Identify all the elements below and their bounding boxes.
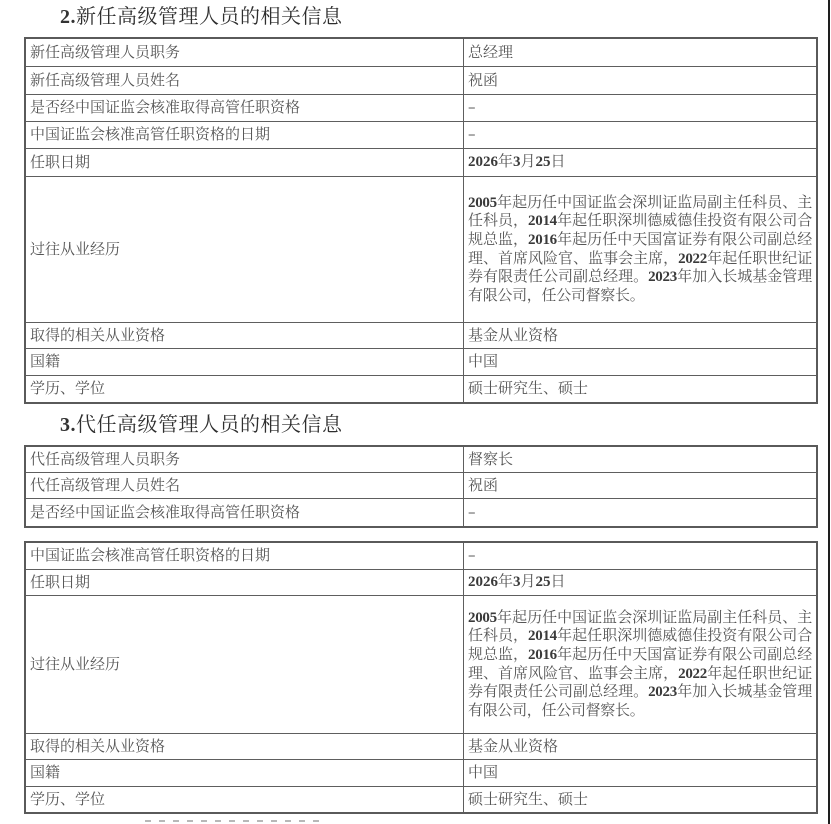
table-row: 中国证监会核准高管任职资格的日期 – (25, 121, 817, 148)
page-edge-line (828, 0, 830, 824)
row-value: – (464, 121, 818, 148)
section-2-heading: 2.新任高级管理人员的相关信息 (60, 2, 343, 31)
table-row: 是否经中国证监会核准取得高管任职资格 – (25, 499, 817, 527)
row-label: 新任高级管理人员职务 (25, 38, 464, 66)
row-value: 祝函 (464, 473, 818, 499)
table-row: 国籍 中国 (25, 348, 817, 375)
row-value: 硕士研究生、硕士 (464, 786, 818, 813)
table-row: 取得的相关从业资格 基金从业资格 (25, 733, 817, 759)
section-3-title: 代任高级管理人员的相关信息 (76, 412, 343, 436)
row-value: 祝函 (464, 66, 818, 94)
row-label: 取得的相关从业资格 (25, 322, 464, 348)
section-3-heading: 3.代任高级管理人员的相关信息 (60, 410, 343, 439)
clipped-text-strokes (145, 820, 320, 822)
table-row: 任职日期 2026年3月25日 (25, 569, 817, 595)
table-row: 过往从业经历 2005年起历任中国证监会深圳证监局副主任科员、主任科员，2014… (25, 176, 817, 322)
row-value: 2026年3月25日 (464, 569, 818, 595)
table-row: 取得的相关从业资格 基金从业资格 (25, 322, 817, 348)
row-label: 中国证监会核准高管任职资格的日期 (25, 542, 464, 569)
row-value: 督察长 (464, 446, 818, 473)
table-row: 是否经中国证监会核准取得高管任职资格 – (25, 94, 817, 121)
row-value: – (464, 542, 818, 569)
row-label: 国籍 (25, 759, 464, 786)
new-executive-info-table: 新任高级管理人员职务 总经理 新任高级管理人员姓名 祝函 是否经中国证监会核准取… (24, 37, 818, 404)
section-2-title: 新任高级管理人员的相关信息 (76, 4, 343, 28)
row-value: 中国 (464, 759, 818, 786)
table-row: 新任高级管理人员职务 总经理 (25, 38, 817, 66)
acting-executive-info-table-part1: 代任高级管理人员职务 督察长 代任高级管理人员姓名 祝函 是否经中国证监会核准取… (24, 445, 818, 528)
section-2-number: 2. (60, 6, 76, 28)
table-row: 学历、学位 硕士研究生、硕士 (25, 375, 817, 403)
career-history-text: 2005年起历任中国证监会深圳证监局副主任科员、主任科员，2014年起任职深圳德… (464, 595, 818, 733)
table-row: 代任高级管理人员姓名 祝函 (25, 473, 817, 499)
row-label: 过往从业经历 (25, 176, 464, 322)
table-row: 国籍 中国 (25, 759, 817, 786)
table-row: 中国证监会核准高管任职资格的日期 – (25, 542, 817, 569)
row-label: 中国证监会核准高管任职资格的日期 (25, 121, 464, 148)
row-value: 总经理 (464, 38, 818, 66)
table-row: 代任高级管理人员职务 督察长 (25, 446, 817, 473)
row-label: 是否经中国证监会核准取得高管任职资格 (25, 499, 464, 527)
table-row: 新任高级管理人员姓名 祝函 (25, 66, 817, 94)
row-value: 硕士研究生、硕士 (464, 375, 818, 403)
row-label: 国籍 (25, 348, 464, 375)
row-label: 代任高级管理人员职务 (25, 446, 464, 473)
row-value: 基金从业资格 (464, 733, 818, 759)
clipped-next-section-heading (60, 815, 320, 824)
row-value: 基金从业资格 (464, 322, 818, 348)
row-label: 任职日期 (25, 148, 464, 176)
career-history-text: 2005年起历任中国证监会深圳证监局副主任科员、主任科员，2014年起任职深圳德… (464, 176, 818, 322)
row-label: 新任高级管理人员姓名 (25, 66, 464, 94)
acting-executive-info-table-part2: 中国证监会核准高管任职资格的日期 – 任职日期 2026年3月25日 过往从业经… (24, 541, 818, 814)
row-value: – (464, 499, 818, 527)
section-3-number: 3. (60, 414, 76, 436)
row-label: 代任高级管理人员姓名 (25, 473, 464, 499)
row-value: – (464, 94, 818, 121)
row-label: 任职日期 (25, 569, 464, 595)
row-label: 是否经中国证监会核准取得高管任职资格 (25, 94, 464, 121)
table-row: 任职日期 2026年3月25日 (25, 148, 817, 176)
table-row: 过往从业经历 2005年起历任中国证监会深圳证监局副主任科员、主任科员，2014… (25, 595, 817, 733)
row-label: 学历、学位 (25, 375, 464, 403)
row-label: 学历、学位 (25, 786, 464, 813)
row-label: 取得的相关从业资格 (25, 733, 464, 759)
row-value: 2026年3月25日 (464, 148, 818, 176)
row-label: 过往从业经历 (25, 595, 464, 733)
row-value: 中国 (464, 348, 818, 375)
table-row: 学历、学位 硕士研究生、硕士 (25, 786, 817, 813)
